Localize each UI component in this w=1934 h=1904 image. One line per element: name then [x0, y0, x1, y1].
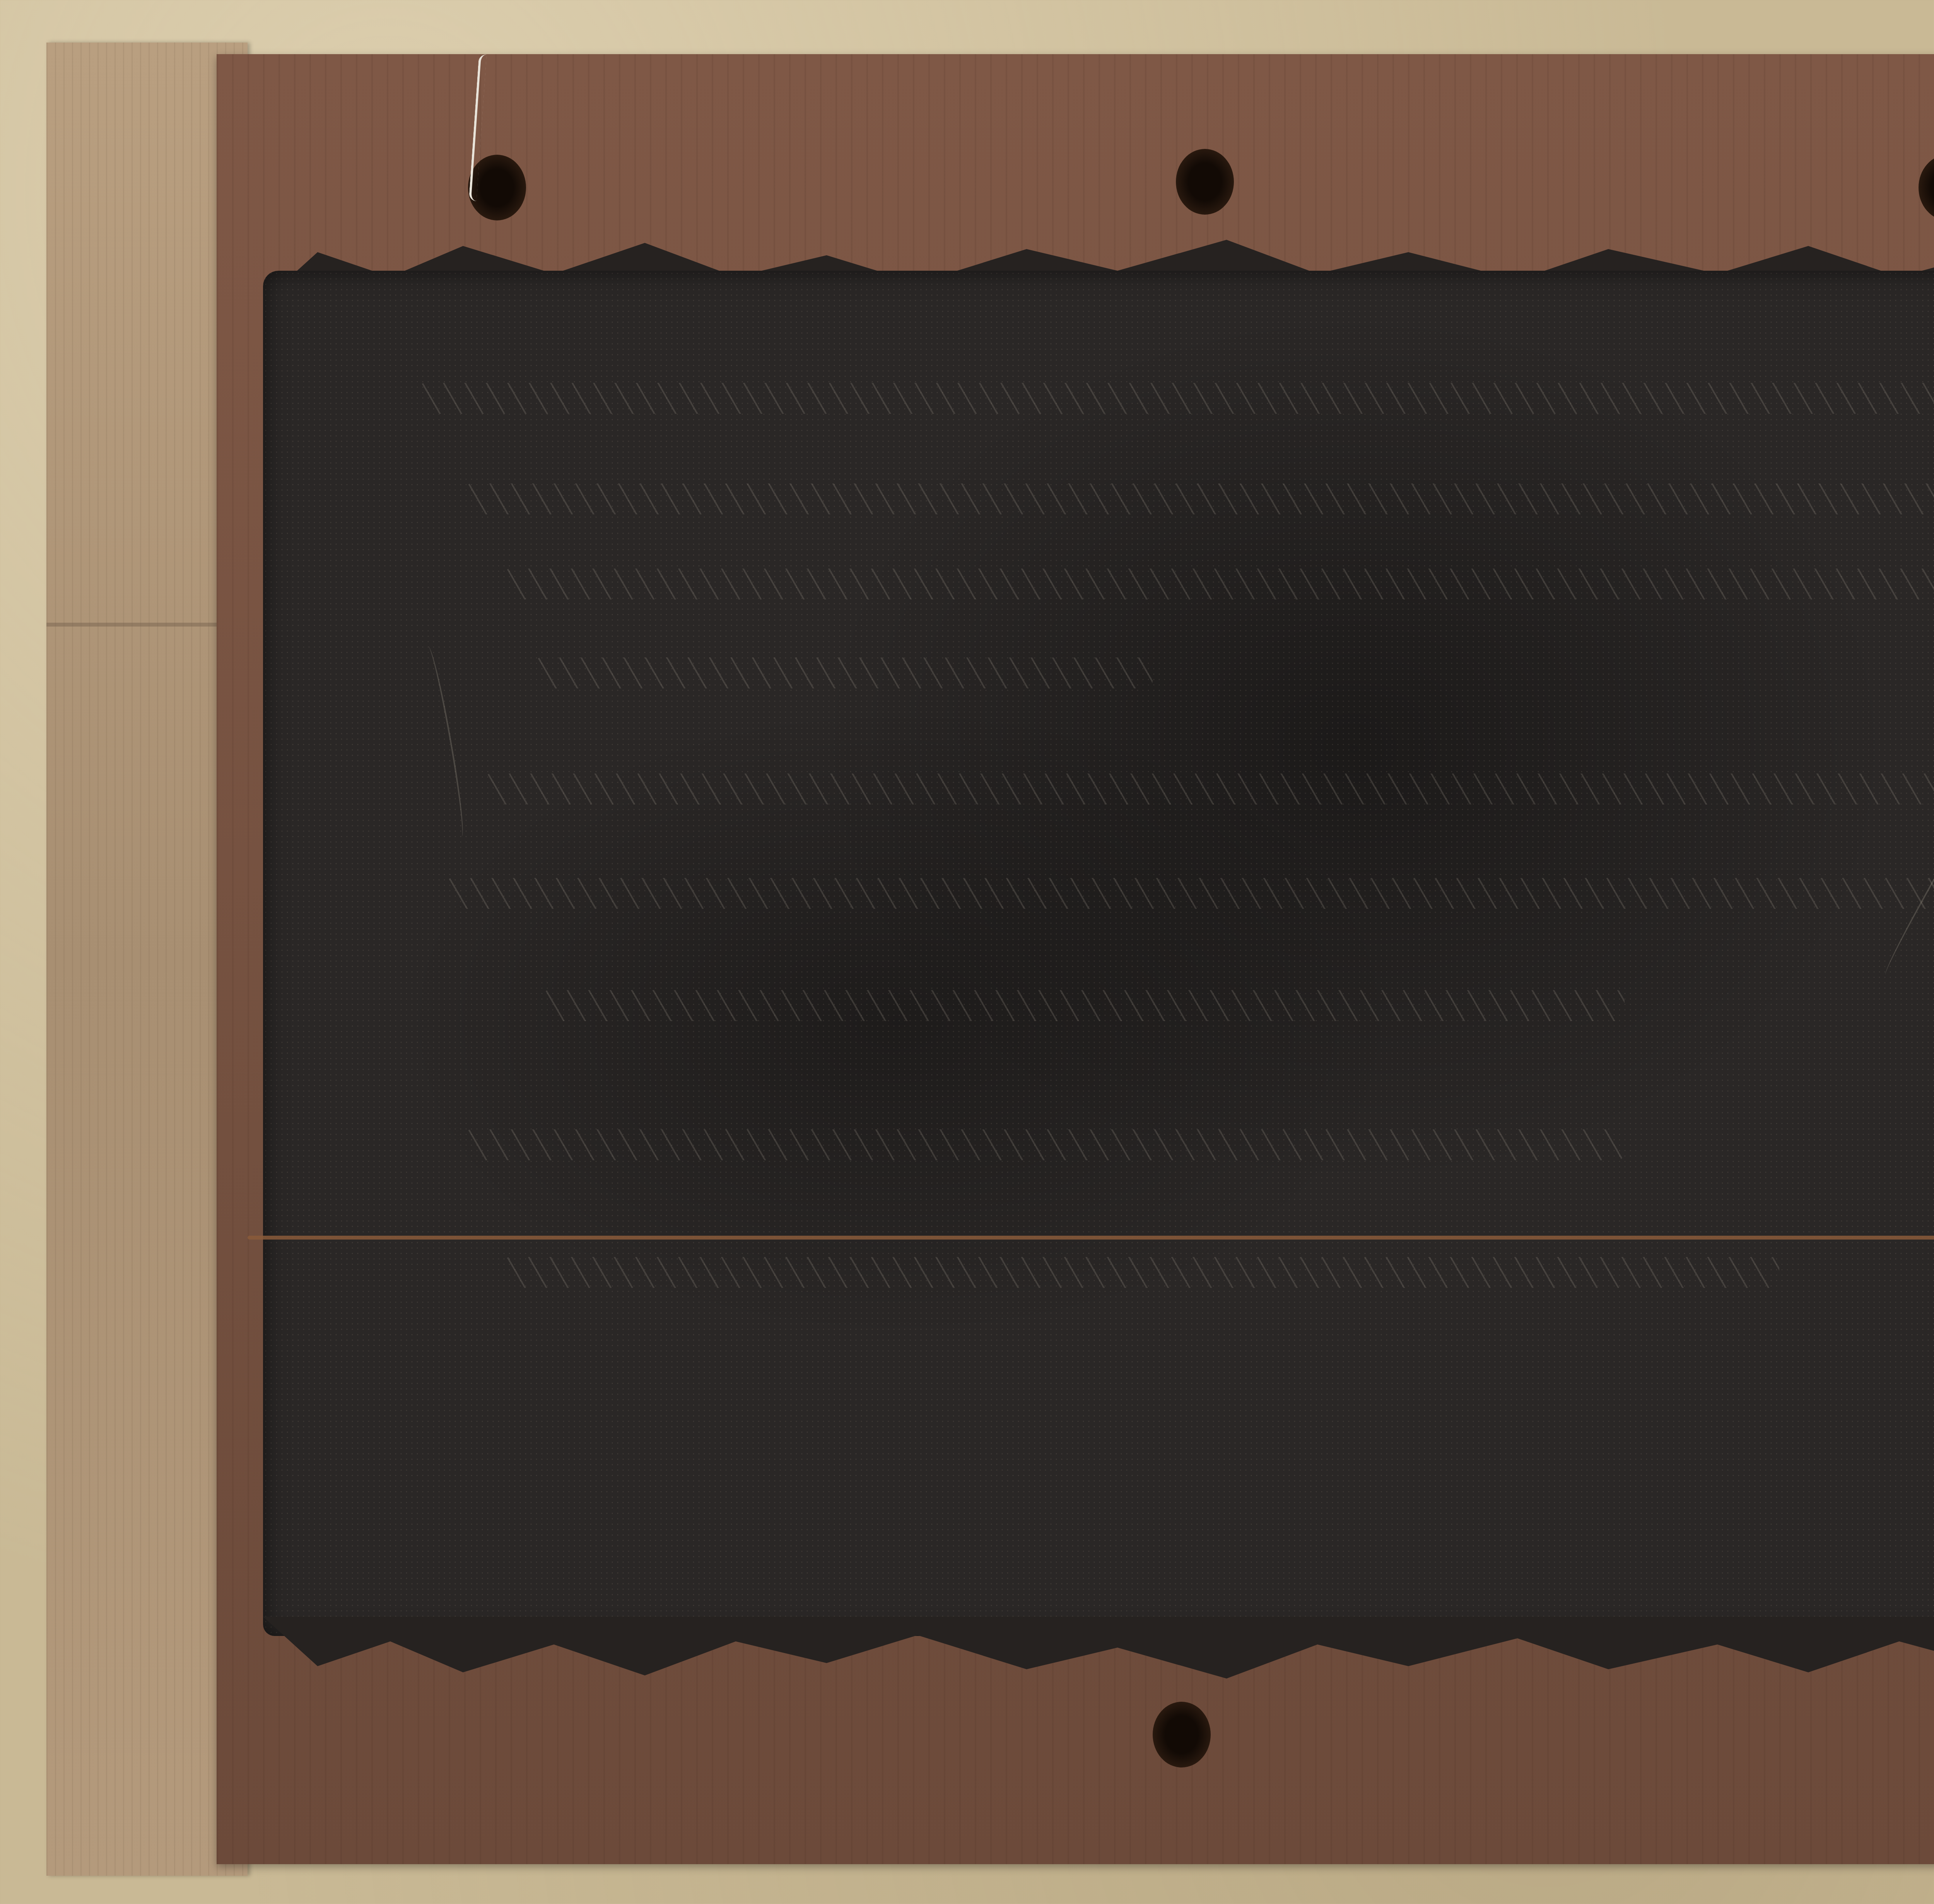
inscription-line — [503, 1257, 1779, 1288]
inscription-line — [503, 569, 1934, 599]
inscription-line — [483, 774, 1934, 804]
inscription-line — [542, 990, 1625, 1021]
inscription-line — [418, 383, 1934, 414]
inscription-line — [534, 657, 1153, 688]
inscription-line — [464, 483, 1934, 514]
inscription-line — [464, 1129, 1625, 1160]
inscription-line — [445, 878, 1934, 909]
binding-hole-top-center — [1176, 149, 1234, 215]
wax-writing-surface — [263, 271, 1934, 1636]
wax-crack — [248, 1236, 1934, 1240]
binding-hole-bottom — [1153, 1702, 1211, 1767]
